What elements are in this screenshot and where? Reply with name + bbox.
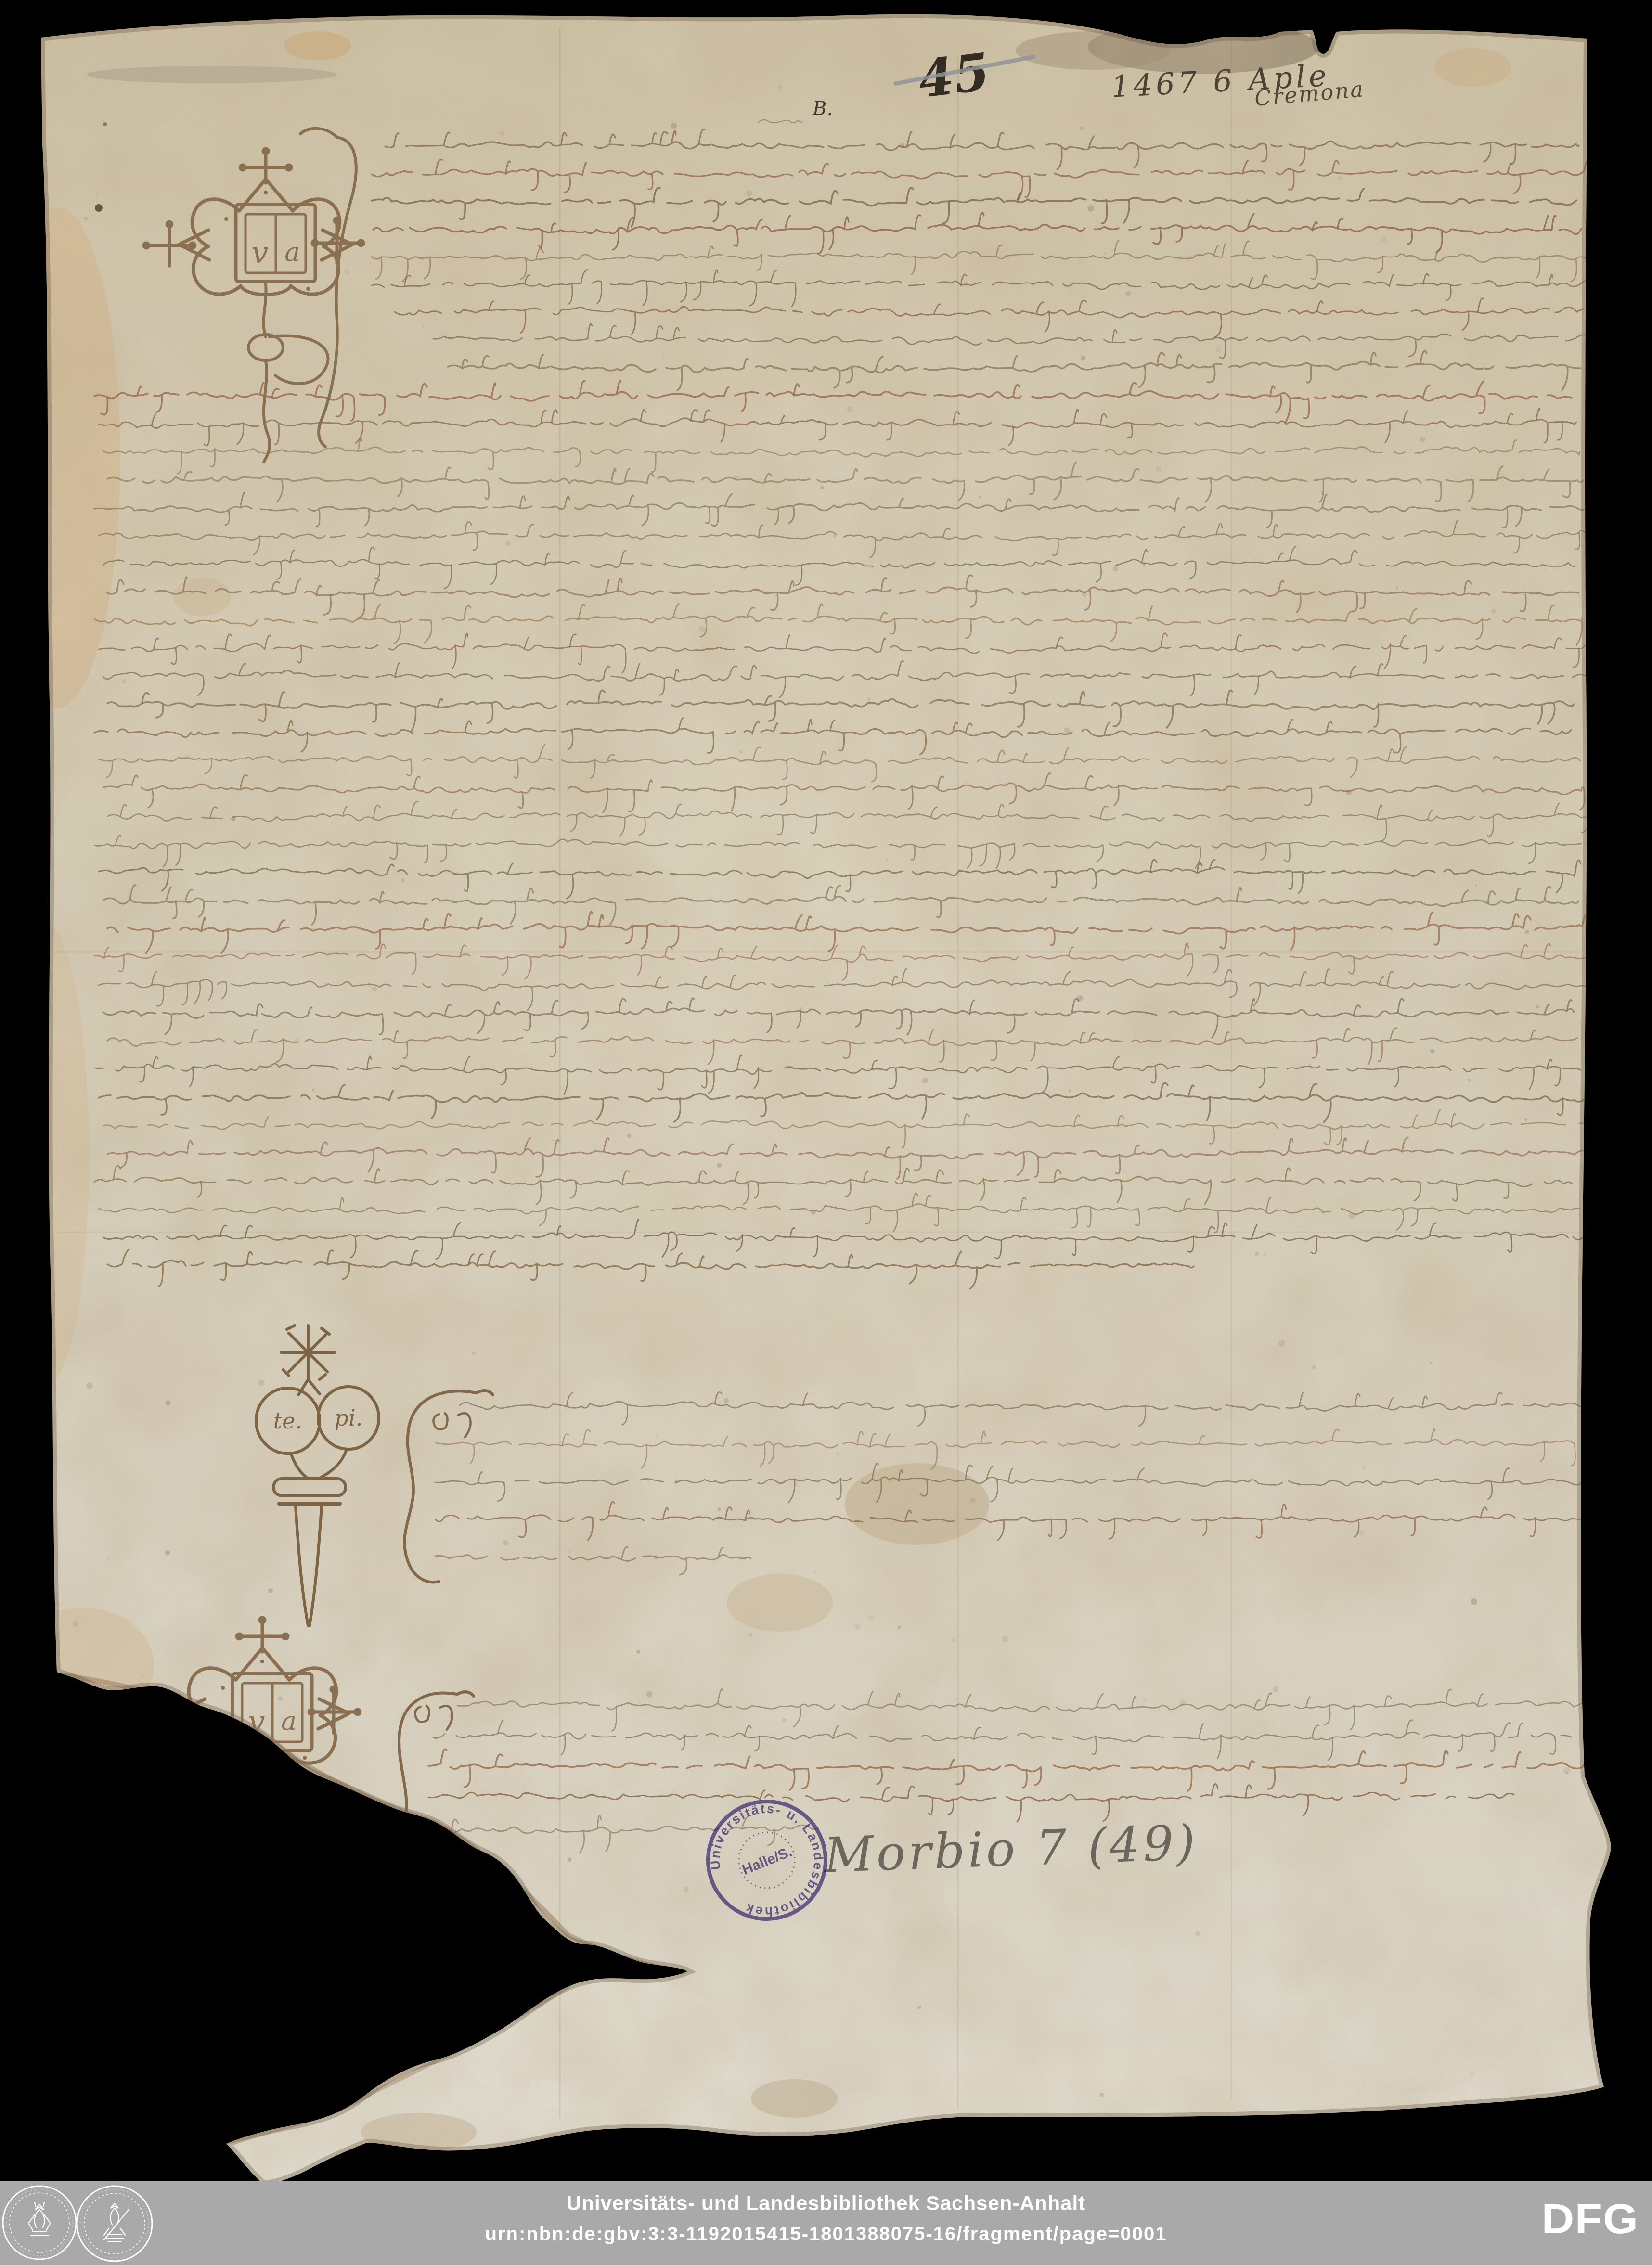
- library-stamp-center-text: Halle/S.: [740, 1844, 794, 1878]
- parchment-sheet: v a te.: [0, 0, 1652, 2265]
- scan-viewer-page: v a te.: [0, 0, 1652, 2265]
- notary-sign-middle-letter-right: pi.: [335, 1405, 363, 1431]
- notary-sign-top-letter-left: v: [251, 235, 268, 270]
- shelfmark-annotation: Morbio 7 (49): [823, 1818, 1199, 1879]
- notary-sign-top-letter-right: a: [284, 237, 300, 267]
- notary-sign-middle-letter-left: te.: [273, 1408, 302, 1434]
- footer-urn: urn:nbn:de:gbv:3:3-1192015415-1801388075…: [0, 2224, 1652, 2245]
- footer-bar: Universitäts- und Landesbibliothek Sachs…: [0, 2181, 1652, 2265]
- margin-letter-annotation: B.: [813, 99, 833, 118]
- dfg-logo: DFG: [1542, 2199, 1639, 2240]
- footer-library-name: Universitäts- und Landesbibliothek Sachs…: [0, 2192, 1652, 2215]
